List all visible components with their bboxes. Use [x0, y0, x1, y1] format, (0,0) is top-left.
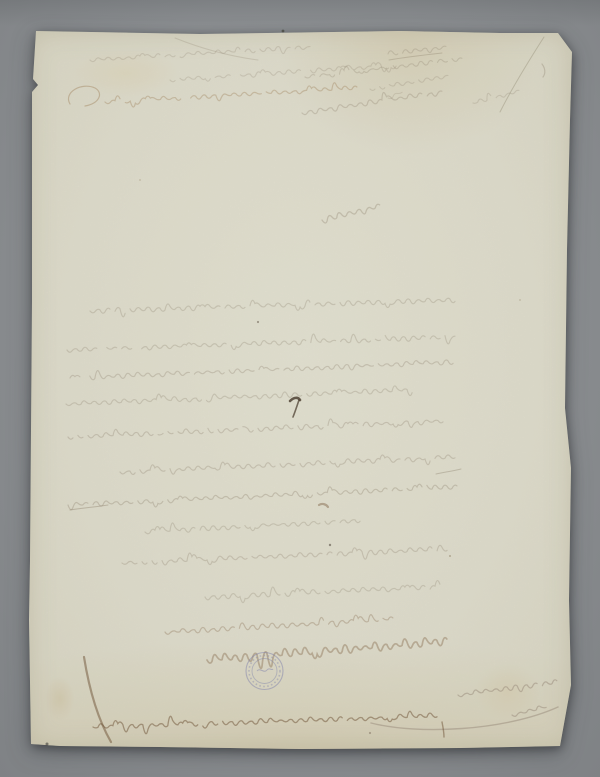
paper-surface: [27, 30, 573, 749]
photo-backdrop: Photograph of the blank back of an early…: [0, 0, 600, 777]
paper-grain-texture: [27, 30, 573, 749]
manuscript-sheet: [0, 0, 600, 777]
